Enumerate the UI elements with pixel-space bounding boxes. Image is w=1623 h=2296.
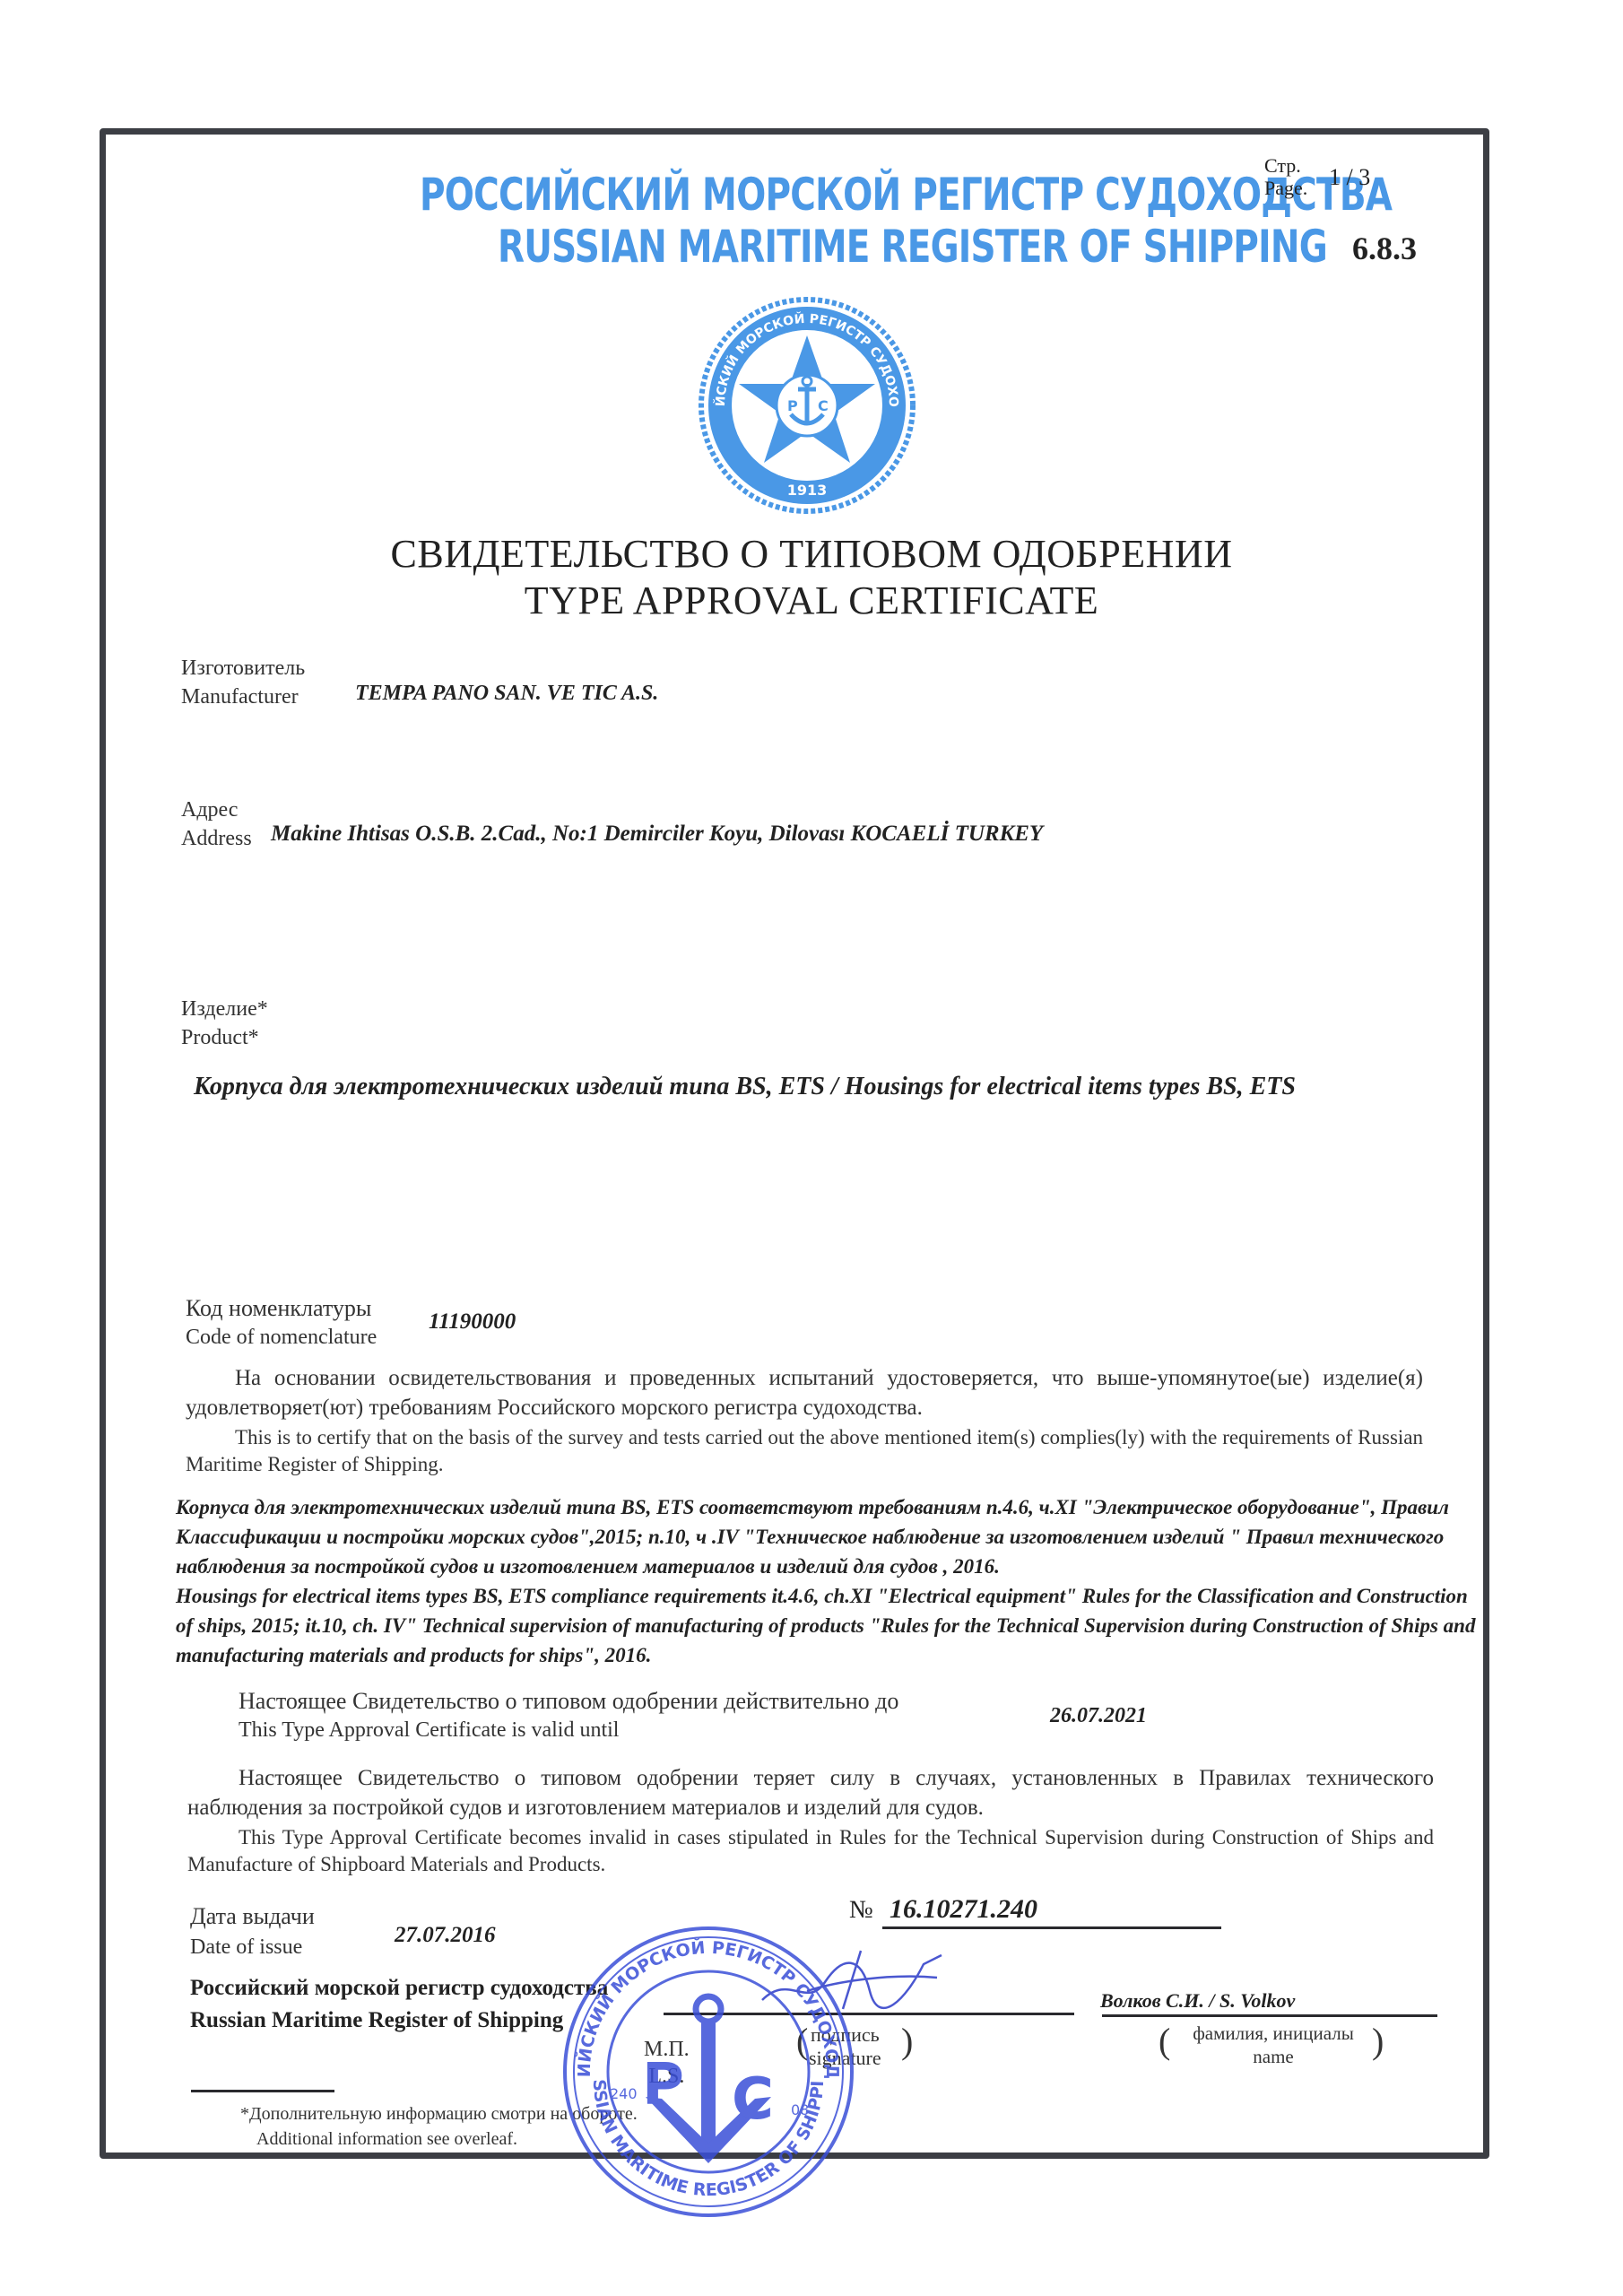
address-label-ru: Адрес — [181, 796, 238, 823]
issue-date-value: 27.07.2016 — [395, 1923, 496, 1948]
org-name-en: RUSSIAN MARITIME REGISTER OF SHIPPING — [498, 221, 1327, 273]
signature-paren-right: ) — [901, 2020, 913, 2062]
org-name-ru: РОССИЙСКИЙ МОРСКОЙ РЕГИСТР СУДОХОДСТВА — [420, 169, 1392, 221]
signature-org-ru: Российский морской регистр судоходства — [190, 1973, 608, 2004]
product-label-en: Product* — [181, 1024, 259, 1051]
footnote-en: Additional information see overleaf. — [256, 2129, 517, 2150]
title-en: TYPE APPROVAL CERTIFICATE — [0, 578, 1623, 623]
issue-date-label-ru: Дата выдачи — [190, 1903, 315, 1930]
signer-name: Волков С.И. / S. Volkov — [1100, 1989, 1295, 2013]
certification-text-en: This is to certify that on the basis of … — [186, 1424, 1423, 1478]
page-label-ru: Стр. — [1264, 154, 1307, 177]
certificate-number: 16.10271.240 — [890, 1894, 1037, 1925]
signer-name-underline — [1102, 2014, 1437, 2017]
name-caption-en: name — [1173, 2045, 1374, 2068]
stamp-code-left: 240 — [610, 2085, 638, 2102]
validity-label-en: This Type Approval Certificate is valid … — [239, 1717, 619, 1744]
address-label-en: Address — [181, 825, 252, 852]
name-caption-ru: фамилия, инициалы — [1173, 2022, 1374, 2045]
invalidity-text-en: This Type Approval Certificate becomes i… — [187, 1824, 1434, 1878]
validity-date: 26.07.2021 — [1050, 1704, 1147, 1728]
rs-emblem-icon: Р С 1913 РОССИЙСКИЙ МОРСКОЙ РЕГИСТР СУДО… — [698, 296, 916, 515]
validity-label-ru: Настоящее Свидетельство о типовом одобре… — [239, 1688, 898, 1715]
title-ru: СВИДЕТЕЛЬСТВО О ТИПОВОМ ОДОБРЕНИИ — [0, 531, 1623, 577]
issue-date-label-en: Date of issue — [190, 1934, 302, 1961]
address-value: Makine Ihtisas O.S.B. 2.Cad., No:1 Demir… — [271, 822, 1043, 847]
nomenclature-label-en: Code of nomenclature — [186, 1324, 377, 1351]
name-paren-right: ) — [1372, 2020, 1384, 2062]
certification-text-ru: На основании освидетельствования и прове… — [186, 1363, 1423, 1422]
footnote-separator — [191, 2090, 334, 2092]
invalidity-text-ru: Настоящее Свидетельство о типовом одобре… — [187, 1763, 1434, 1822]
product-value: Корпуса для электротехнических изделий т… — [194, 1073, 1296, 1101]
manufacturer-label-ru: Изготовитель — [181, 655, 305, 682]
nomenclature-value: 11190000 — [429, 1309, 516, 1335]
stamp-monogram-right: С — [732, 2066, 774, 2133]
handwritten-signature-icon — [753, 1946, 950, 2018]
stamp-code-right: 08 — [791, 2101, 809, 2118]
form-number: 6.8.3 — [1352, 230, 1417, 267]
nomenclature-label-ru: Код номенклатуры — [186, 1295, 371, 1322]
rules-text-en: Housings for electrical items types BS, … — [176, 1581, 1485, 1670]
name-paren-left: ( — [1159, 2020, 1170, 2062]
manufacturer-label-en: Manufacturer — [181, 683, 299, 710]
name-caption: фамилия, инициалы name — [1173, 2022, 1374, 2068]
rules-text-ru: Корпуса для электротехнических изделий т… — [176, 1492, 1485, 1581]
signature-org-en: Russian Maritime Register of Shipping — [190, 2005, 563, 2036]
page-label-en: Page. — [1264, 177, 1307, 199]
manufacturer-value: TEMPA PANO SAN. VE TIC A.S. — [355, 682, 658, 706]
emblem-year: 1913 — [787, 482, 828, 499]
certificate-number-underline — [882, 1926, 1221, 1929]
page-number: 1 / 3 — [1329, 164, 1370, 191]
product-label-ru: Изделие* — [181, 996, 268, 1022]
page-label: Стр. Page. — [1264, 154, 1307, 199]
emblem-monogram-left: Р — [787, 397, 798, 414]
emblem-monogram-right: С — [818, 397, 829, 414]
stamp-monogram-left: Р — [642, 2052, 684, 2118]
